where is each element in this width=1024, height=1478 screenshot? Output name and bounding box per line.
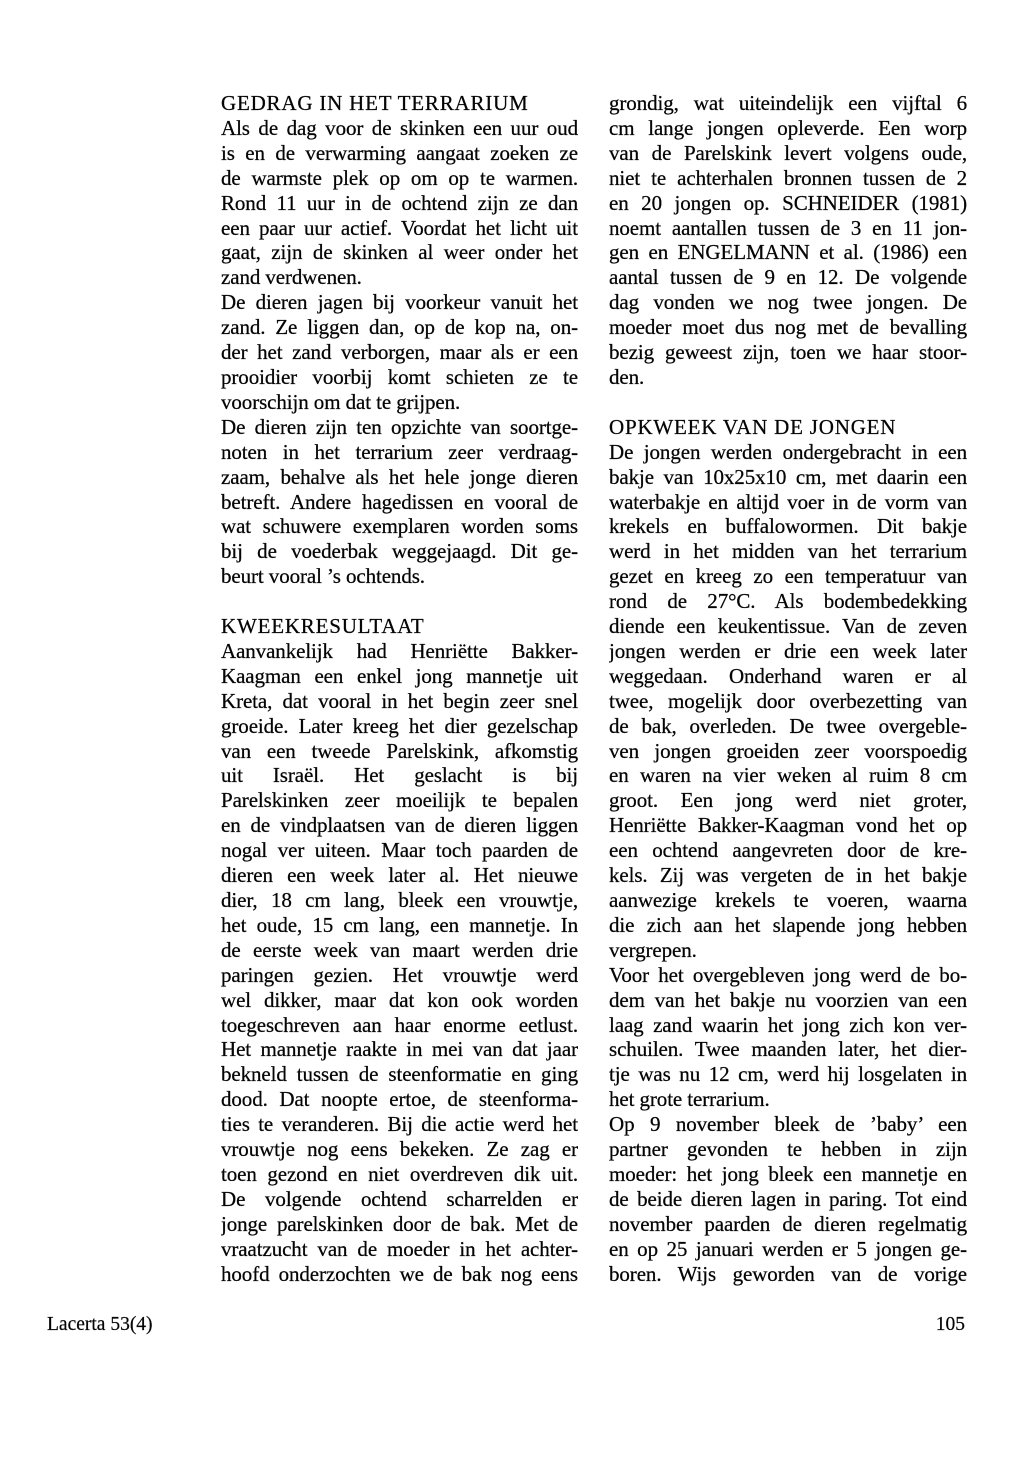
text-line: november paarden de dieren regelmatig xyxy=(609,1212,967,1237)
text-line: Rond 11 uur in de ochtend zijn ze dan xyxy=(221,191,578,216)
text-line: twee, mogelijk door overbezetting van xyxy=(609,689,967,714)
text-line: die zich aan het slapende jong hebben xyxy=(609,913,967,938)
text-line: wel dikker, maar dat kon ook worden xyxy=(221,988,578,1013)
journal-footer: Lacerta 53(4) xyxy=(47,1313,153,1337)
text-line: het grote terrarium. xyxy=(609,1087,967,1112)
text-line: vergrepen. xyxy=(609,938,967,963)
text-line: de eerste week van maart werden drie xyxy=(221,938,578,963)
text-line: kels. Zij was vergeten de in het bakje xyxy=(609,863,967,888)
text-line: de beide dieren lagen in paring. Tot ein… xyxy=(609,1187,967,1212)
text-line: krekels en buffalowormen. Dit bakje xyxy=(609,514,967,539)
text-line: en 20 jongen op. SCHNEIDER (1981) xyxy=(609,191,967,216)
text-line: aantal tussen de 9 en 12. De volgende xyxy=(609,265,967,290)
text-line: Henriëtte Bakker-Kaagman vond het op xyxy=(609,813,967,838)
text-line: betreft. Andere hagedissen en vooral de xyxy=(221,490,578,515)
text-line: Kreta, dat vooral in het begin zeer snel xyxy=(221,689,578,714)
text-line: dieren een week later al. Het nieuwe xyxy=(221,863,578,888)
text-line: nogal ver uiteen. Maar toch paarden de xyxy=(221,838,578,863)
text-line: Parelskinken zeer moeilijk te bepalen xyxy=(221,788,578,813)
text-line: en waren na vier weken al ruim 8 cm xyxy=(609,763,967,788)
text-line: niet te achterhalen bronnen tussen de 2 xyxy=(609,166,967,191)
text-line: uit Israël. Het geslacht is bij xyxy=(221,763,578,788)
text-line: een paar uur actief. Voordat het licht u… xyxy=(221,216,578,241)
text-line: weggedaan. Onderhand waren er al xyxy=(609,664,967,689)
text-line: gen en ENGELMANN et al. (1986) een xyxy=(609,240,967,265)
text-line: De dieren zijn ten opzichte van soortge- xyxy=(221,415,578,440)
text-line: De dieren jagen bij voorkeur vanuit het xyxy=(221,290,578,315)
text-line: ties te veranderen. Bij die actie werd h… xyxy=(221,1112,578,1137)
text-line: zaam, behalve als het hele jonge dieren xyxy=(221,465,578,490)
text-line: beurt vooral ’s ochtends. xyxy=(221,564,578,589)
text-line: tje was nu 12 cm, werd hij losgelaten in xyxy=(609,1062,967,1087)
text-line: moeder moet dus nog met de bevalling xyxy=(609,315,967,340)
text-line xyxy=(609,390,967,415)
section-heading: GEDRAG IN HET TERRARIUM xyxy=(221,91,578,116)
text-line: dood. Dat noopte ertoe, de steenforma- xyxy=(221,1087,578,1112)
text-line: jonge parelskinken door de bak. Met de xyxy=(221,1212,578,1237)
section-heading: OPKWEEK VAN DE JONGEN xyxy=(609,415,967,440)
text-line: en de vindplaatsen van de dieren liggen xyxy=(221,813,578,838)
text-line: noemt aantallen tussen de 3 en 11 jon- xyxy=(609,216,967,241)
text-line: prooidier voorbij komt schieten ze te xyxy=(221,365,578,390)
text-line: en op 25 januari werden er 5 jongen ge- xyxy=(609,1237,967,1262)
text-line: groot. Een jong werd niet groter, xyxy=(609,788,967,813)
text-line: schuilen. Twee maanden later, het dier- xyxy=(609,1037,967,1062)
right-column: grondig, wat uiteindelijk een vijftal 6c… xyxy=(609,91,967,1287)
text-line: bekneld tussen de steenformatie en ging xyxy=(221,1062,578,1087)
text-line: dier, 18 cm lang, bleek een vrouwtje, xyxy=(221,888,578,913)
text-line: van de Parelskink levert volgens oude, xyxy=(609,141,967,166)
text-line: der het zand verborgen, maar als er een xyxy=(221,340,578,365)
text-line: diende een keukentissue. Van de zeven xyxy=(609,614,967,639)
text-line: groeide. Later kreeg het dier gezelschap xyxy=(221,714,578,739)
text-line: jongen werden er drie een week later xyxy=(609,639,967,664)
text-line: werd in het midden van het terrarium xyxy=(609,539,967,564)
left-column: GEDRAG IN HET TERRARIUMAls de dag voor d… xyxy=(221,91,578,1287)
text-line: ven jongen groeiden zeer voorspoedig xyxy=(609,739,967,764)
text-line: de bak, overleden. De twee overgeble- xyxy=(609,714,967,739)
text-line: dag vonden we nog twee jongen. De xyxy=(609,290,967,315)
text-line: laag zand waarin het jong zich kon ver- xyxy=(609,1013,967,1038)
text-line: rond de 27°C. Als bodembedekking xyxy=(609,589,967,614)
text-line: Als de dag voor de skinken een uur oud xyxy=(221,116,578,141)
text-line: bij de voederbak weggejaagd. Dit ge- xyxy=(221,539,578,564)
text-line: dem van het bakje nu voorzien van een xyxy=(609,988,967,1013)
text-line: van een tweede Parelskink, afkomstig xyxy=(221,739,578,764)
text-line: grondig, wat uiteindelijk een vijftal 6 xyxy=(609,91,967,116)
text-line: het oude, 15 cm lang, een mannetje. In xyxy=(221,913,578,938)
text-line: toen gezond en niet overdreven dik uit. xyxy=(221,1162,578,1187)
text-line: cm lange jongen opleverde. Een worp xyxy=(609,116,967,141)
text-line: hoofd onderzochten we de bak nog eens xyxy=(221,1262,578,1287)
page-number: 105 xyxy=(936,1313,965,1337)
text-line: Op 9 november bleek de ’baby’ een xyxy=(609,1112,967,1137)
text-line: moeder: het jong bleek een mannetje en xyxy=(609,1162,967,1187)
text-line: voorschijn om dat te grijpen. xyxy=(221,390,578,415)
document-page: GEDRAG IN HET TERRARIUMAls de dag voor d… xyxy=(0,0,1024,1478)
text-line: Voor het overgebleven jong werd de bo- xyxy=(609,963,967,988)
text-line: den. xyxy=(609,365,967,390)
text-line: de warmste plek op om op te warmen. xyxy=(221,166,578,191)
text-line: gaat, zijn de skinken al weer onder het xyxy=(221,240,578,265)
text-line: partner gevonden te hebben in zijn xyxy=(609,1137,967,1162)
text-line: bezig geweest zijn, toen we haar stoor- xyxy=(609,340,967,365)
text-line: De jongen werden ondergebracht in een xyxy=(609,440,967,465)
text-line: vraatzucht van de moeder in het achter- xyxy=(221,1237,578,1262)
text-line: noten in het terrarium zeer verdraag- xyxy=(221,440,578,465)
text-line xyxy=(221,589,578,614)
text-line: Aanvankelijk had Henriëtte Bakker- xyxy=(221,639,578,664)
text-line: is en de verwarming aangaat zoeken ze xyxy=(221,141,578,166)
text-line: toegeschreven aan haar enorme eetlust. xyxy=(221,1013,578,1038)
section-heading: KWEEKRESULTAAT xyxy=(221,614,578,639)
text-line: waterbakje en altijd voer in de vorm van xyxy=(609,490,967,515)
text-line: een ochtend aangevreten door de kre- xyxy=(609,838,967,863)
text-line: De volgende ochtend scharrelden er xyxy=(221,1187,578,1212)
text-line: zand verdwenen. xyxy=(221,265,578,290)
text-line: vrouwtje nog eens bekeken. Ze zag er xyxy=(221,1137,578,1162)
text-line: wat schuwere exemplaren worden soms xyxy=(221,514,578,539)
text-line: Kaagman een enkel jong mannetje uit xyxy=(221,664,578,689)
text-line: zand. Ze liggen dan, op de kop na, on- xyxy=(221,315,578,340)
text-line: gezet en kreeg zo een temperatuur van xyxy=(609,564,967,589)
text-line: aanwezige krekels te voeren, waarna xyxy=(609,888,967,913)
text-line: paringen gezien. Het vrouwtje werd xyxy=(221,963,578,988)
text-line: Het mannetje raakte in mei van dat jaar xyxy=(221,1037,578,1062)
text-line: boren. Wijs geworden van de vorige xyxy=(609,1262,967,1287)
text-line: bakje van 10x25x10 cm, met daarin een xyxy=(609,465,967,490)
